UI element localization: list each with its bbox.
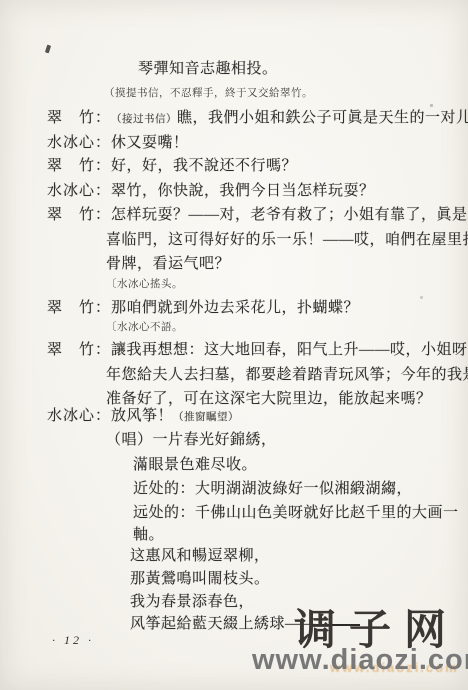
verse-text: 那黃鶯鳴叫閙枝头。 [130,571,270,587]
verse-text: 远处的：千佛山山色美呀就好比赵千里的大画一 [133,505,459,521]
dialogue-continuation: 喜临門，这可得好好的乐一乐！——哎，咱們在屋里打 [106,231,468,249]
speaker-name: 水冰心： [47,134,111,152]
speaker-name: 翠 竹： [47,109,111,127]
verse-text: 琴彈知音志趣相投。 [138,61,278,77]
stage-direction: 〔水冰心不語。 [106,322,183,335]
verse-text: 风筝起給藍天綴上綉球—— [130,616,316,632]
dialogue-text: 讓我再想想：这大地回春，阳气上升——哎，小姐呀，每 [111,342,468,358]
dialogue-text: 休又耍嘴！ [111,135,189,151]
scan-speck [45,45,51,54]
inline-stage-direction: （推窗瞩望） [173,412,239,423]
verse-line: 近处的：大明湖湖波綠好一似湘緞湖縐， [133,480,412,498]
dialogue-continuation: 年您給夫人去扫墓，都要趁着踏青玩风筝；今年的我是 [106,366,468,384]
verse-line: 滿眼景色难尽收。 [133,456,257,474]
speaker-name: 水冰心： [47,407,111,425]
dialogue-continuation: 准备好了，可在这深宅大院里边，能放起来嗎？ [106,390,432,408]
scan-speck [420,296,423,299]
inline-stage-direction: （接过书信） [111,114,177,125]
verse-line: 軸。 [133,526,164,544]
speaker-name: 翠 竹： [47,157,111,175]
dialogue-text: 那咱們就到外边去采花儿，扑蝴蝶？ [111,300,359,316]
verse-line: 我为春景添春色， [130,593,254,611]
verse-line: 琴彈知音志趣相投。 [138,60,278,78]
dialogue-text: 准备好了，可在这深宅大院里边，能放起来嗎？ [106,391,432,407]
watermark-site-url: www.diaozi.com [252,644,468,677]
dialogue-line: 水冰心：翠竹，你快說，我們今日当怎样玩耍？ [47,182,375,200]
dialogue-text: 放风筝！ [111,408,173,424]
dialogue-continuation: 骨牌，看运气吧？ [106,255,230,273]
dialogue-text: 瞧，我們小姐和鉄公子可眞是天生的一对儿。 [177,110,468,126]
dialogue-text: 喜临門，这可得好好的乐一乐！——哎，咱們在屋里打 [106,232,468,248]
dialogue-text: 骨牌，看运气吧？ [106,256,230,272]
speaker-name: 翠 竹： [47,206,111,224]
dialogue-text: 好，好，我不說还不行嗎？ [111,158,297,174]
verse-text: 滿眼景色难尽收。 [133,457,257,473]
verse-line: 远处的：千佛山山色美呀就好比赵千里的大画一 [133,504,459,522]
verse-text: 我为春景添春色， [130,594,254,610]
scan-speck [430,104,433,107]
verse-line: 那黃鶯鳴叫閙枝头。 [130,570,270,588]
dialogue-text: 怎样玩耍？——对，老爷有救了；小姐有靠了，眞是双 [111,207,468,223]
verse-text: 近处的：大明湖湖波綠好一似湘緞湖縐， [133,481,412,497]
dialogue-text: 翠竹，你快說，我們今日当怎样玩耍？ [111,183,375,199]
dialogue-line: 翠 竹：好，好，我不說还不行嗎？ [47,157,297,175]
page-number: · 12 · [52,633,94,648]
verse-line: （唱）一片春光好錦綉， [106,431,277,449]
dialogue-line: 翠 竹：（接过书信）瞧，我們小姐和鉄公子可眞是天生的一对儿。 [47,109,468,127]
verse-text: （唱）一片春光好錦綉， [106,432,277,448]
verse-text: 这惠风和暢逗翠柳， [130,548,270,564]
stage-direction: （摸提书信，不忍釋手，終于又交給翠竹。 [104,88,313,101]
speaker-name: 翠 竹： [47,299,111,317]
speaker-name: 翠 竹： [47,341,111,359]
stage-direction: 〔水冰心搖头。 [106,279,183,292]
verse-line: 这惠风和暢逗翠柳， [130,547,270,565]
dialogue-line: 翠 竹：怎样玩耍？——对，老爷有救了；小姐有靠了，眞是双 [47,206,468,224]
dialogue-line: 水冰心：放风筝！（推窗瞩望） [47,407,239,425]
stage-text: 〔水冰心搖头。 [106,279,183,290]
dialogue-text: 年您給夫人去扫墓，都要趁着踏青玩风筝；今年的我是 [106,367,468,383]
dialogue-line: 翠 竹：那咱們就到外边去采花儿，扑蝴蝶？ [47,299,359,317]
dialogue-line: 翠 竹：讓我再想想：这大地回春，阳气上升——哎，小姐呀，每 [47,341,468,359]
speaker-name: 水冰心： [47,182,111,200]
stage-text: （摸提书信，不忍釋手，終于又交給翠竹。 [104,88,313,99]
verse-text: 軸。 [133,527,164,543]
book-page: 琴彈知音志趣相投。 （摸提书信，不忍釋手，終于又交給翠竹。 翠 竹：（接过书信）… [0,0,468,690]
stage-text: 〔水冰心不語。 [106,322,183,333]
dialogue-line: 水冰心：休又耍嘴！ [47,134,189,152]
